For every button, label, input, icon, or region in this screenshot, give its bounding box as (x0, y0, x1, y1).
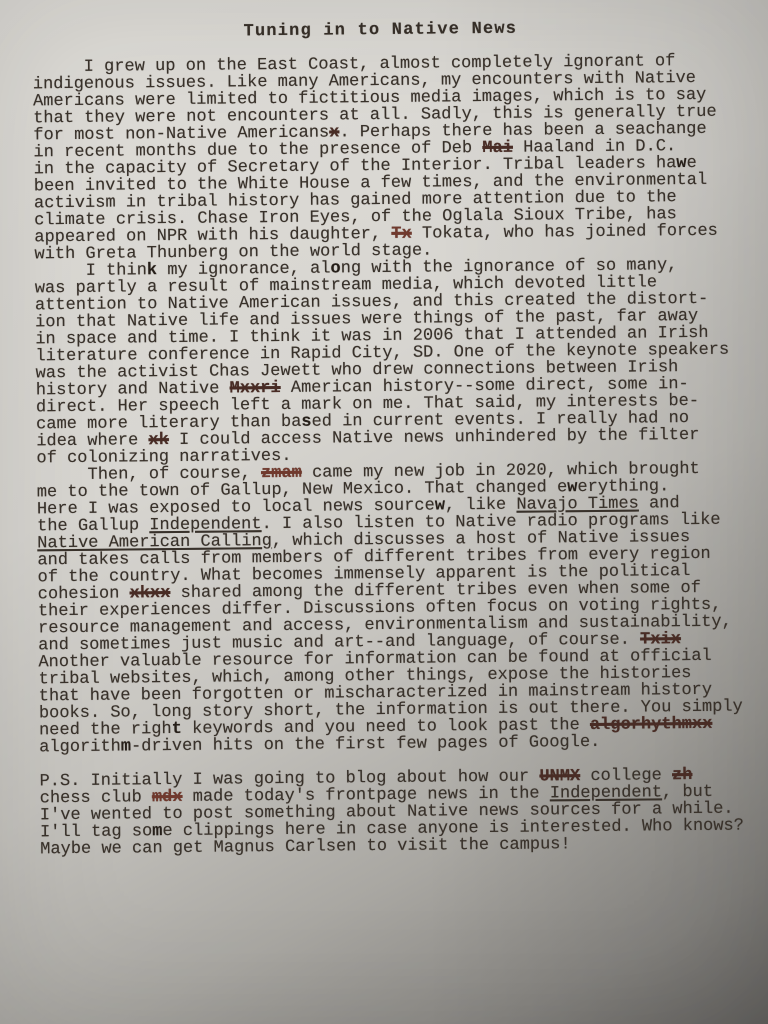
typed-text: Maybe we can get Magnus Carlsen to visit… (40, 835, 571, 859)
photo-of-typewritten-page: Tuning in to Native News I grew up on th… (0, 0, 768, 1024)
typed-text: algorith (39, 738, 121, 758)
paper-sheet: Tuning in to Native News I grew up on th… (0, 0, 768, 1024)
typed-text: Tokata, who has joined forces (412, 222, 718, 244)
document-body: I grew up on the East Coast, almost comp… (33, 53, 737, 859)
struck-out-text: algorhythmxx (590, 715, 713, 735)
overtyped-text: m (121, 737, 131, 756)
